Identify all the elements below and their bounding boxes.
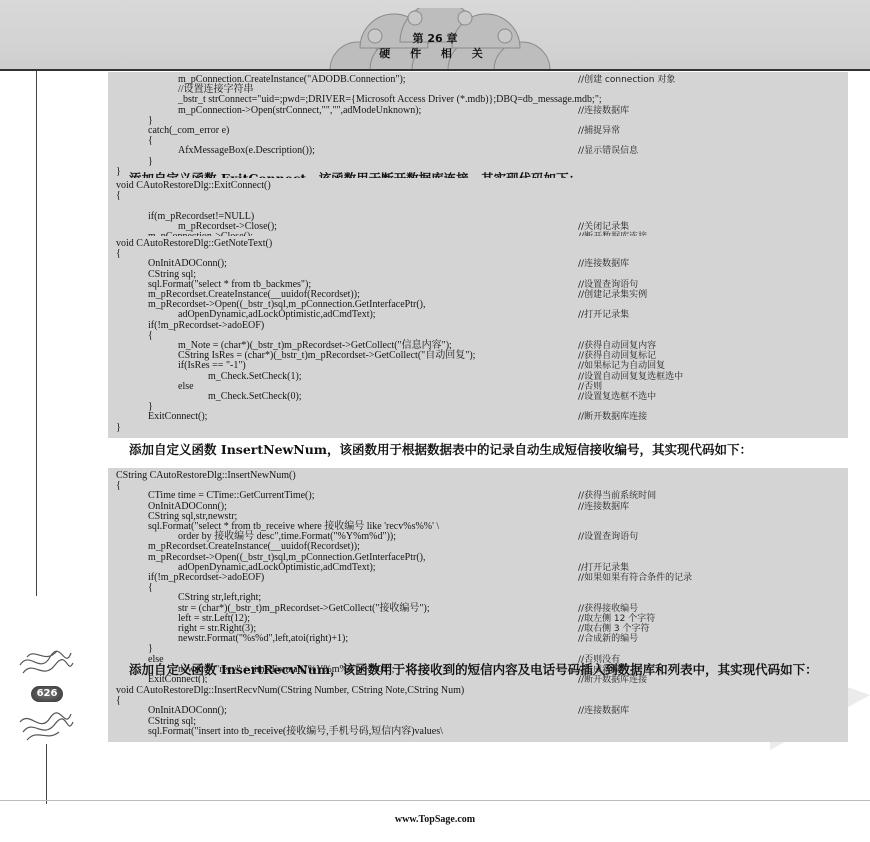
code-line: m_Check.SetCheck(1); (208, 372, 302, 382)
code-line: CString str,left,right; (178, 593, 261, 603)
code-line: { (148, 331, 153, 341)
code-line: AfxMessageBox(e.Description()); (178, 146, 315, 156)
code-line: if(!m_pRecordset->adoEOF) (148, 573, 264, 583)
header-divider (0, 69, 870, 71)
code-comment: //创建 connection 对象 (578, 75, 675, 85)
code-comment: //取右侧 3 个字符 (578, 624, 650, 634)
code-line: adOpenDynamic,adLockOptimistic,adCmdText… (178, 310, 376, 320)
code-comment: //设置复选框不选中 (578, 392, 656, 402)
code-line: if(IsRes == "-1") (178, 361, 246, 371)
code-line: newstr.Format("%s%d",left,atoi(right)+1)… (178, 634, 348, 644)
code-comment: //打开记录集 (578, 563, 629, 573)
code-line: { (148, 583, 153, 593)
code-line: void CAutoRestoreDlg::InsertRecvNum(CStr… (116, 686, 464, 696)
code-line: _bstr_t strConnect="uid=;pwd=;DRIVER={Mi… (178, 95, 602, 105)
chapter-title: 硬 件 相 关 (0, 45, 870, 61)
code-comment: //设置查询语句 (578, 280, 638, 290)
code-line: { (148, 136, 153, 146)
margin-rule (36, 71, 37, 596)
code-listing: void CAutoRestoreDlg::InsertRecvNum(CStr… (108, 683, 848, 742)
code-line: { (116, 696, 121, 706)
chapter-number: 第 26 章 (0, 30, 870, 46)
dragon-ornament-icon (15, 708, 75, 744)
code-line: } (148, 157, 153, 167)
code-comment: //连接数据库 (578, 106, 629, 116)
code-line: void CAutoRestoreDlg::GetNoteText() (116, 239, 272, 249)
code-line: { (116, 481, 121, 491)
code-line: m_pConnection->Open(strConnect,"","",adM… (178, 106, 421, 116)
code-listing: m_pConnection.CreateInstance("ADODB.Conn… (108, 72, 848, 182)
code-line: if(!m_pRecordset->adoEOF) (148, 321, 264, 331)
code-line: CTime time = CTime::GetCurrentTime(); (148, 491, 315, 501)
code-comment: //获得自动回复内容 (578, 341, 656, 351)
code-listing: void CAutoRestoreDlg::GetNoteText(){OnIn… (108, 236, 848, 438)
page-number: 626 (31, 686, 63, 702)
code-line: CString CAutoRestoreDlg::InsertNewNum() (116, 471, 296, 481)
code-comment: //取左侧 12 个字符 (578, 614, 655, 624)
code-line: ExitConnect(); (148, 412, 207, 422)
code-line: else (178, 382, 194, 392)
code-comment: //关闭记录集 (578, 222, 629, 232)
code-comment: //连接数据库 (578, 259, 629, 269)
code-line: catch(_com_error e) (148, 126, 229, 136)
code-line: sql.Format("insert into tb_receive(接收编号,… (148, 727, 443, 737)
code-line: m_pRecordset.CreateInstance(__uuidof(Rec… (148, 542, 360, 552)
code-comment: //连接数据库 (578, 502, 629, 512)
margin-rule-lower (46, 744, 47, 804)
code-line: m_Check.SetCheck(0); (208, 392, 302, 402)
code-comment: //断开数据库连接 (578, 412, 647, 422)
dragon-ornament-icon (15, 645, 75, 681)
code-line: void CAutoRestoreDlg::ExitConnect() (116, 181, 271, 191)
code-comment: //合成新的编号 (578, 634, 638, 644)
code-line: } (116, 423, 121, 433)
footer-divider (0, 800, 870, 801)
code-line: OnInitADOConn(); (148, 259, 227, 269)
code-comment: //创建记录集实例 (578, 290, 647, 300)
code-comment: //连接数据库 (578, 706, 629, 716)
code-comment: //否则 (578, 382, 602, 392)
code-comment: //如果标记为自动回复 (578, 361, 665, 371)
code-comment: //获得自动回复标记 (578, 351, 656, 361)
code-line: { (116, 249, 121, 259)
code-comment: //获得接收编号 (578, 604, 638, 614)
code-comment: //捕捉异常 (578, 126, 620, 136)
code-comment: //设置自动回复复选框选中 (578, 372, 683, 382)
code-comment: //打开记录集 (578, 310, 629, 320)
code-comment: //显示错误信息 (578, 146, 638, 156)
code-line: { (116, 191, 121, 201)
code-comment: //设置查询语句 (578, 532, 638, 542)
code-line: OnInitADOConn(); (148, 706, 227, 716)
code-comment: //获得当前系统时间 (578, 491, 656, 501)
code-comment: //如果如果有符合条件的记录 (578, 573, 692, 583)
footer-url: www.TopSage.com (0, 814, 870, 825)
code-line: } (148, 644, 153, 654)
